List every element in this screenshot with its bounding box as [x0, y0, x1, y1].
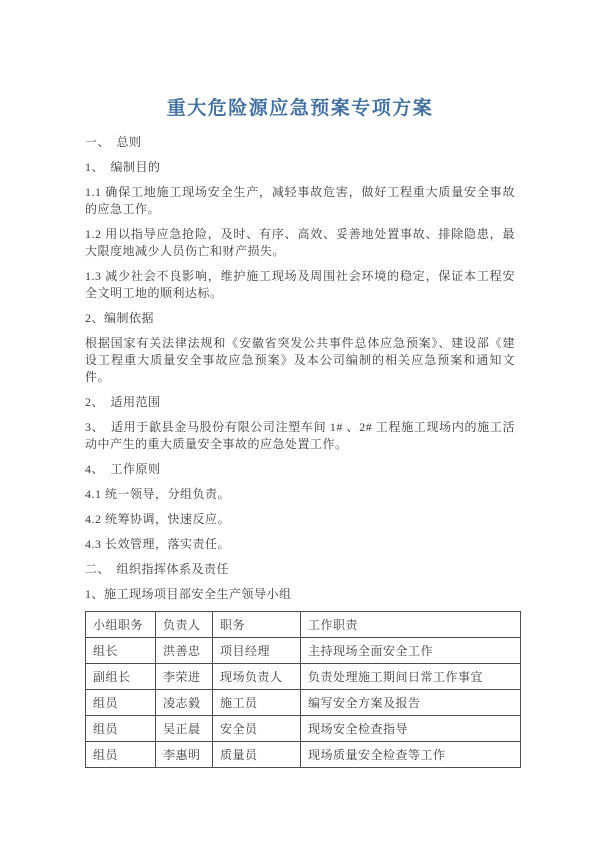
table-cell: 李惠明: [156, 742, 213, 768]
column-header: 小组职务: [86, 612, 156, 638]
table-cell: 项目经理: [213, 638, 301, 664]
table-cell: 质量员: [213, 742, 301, 768]
body-paragraph: 4.2 统筹协调，快速反应。: [85, 511, 515, 528]
page-title: 重大危险源应急预案专项方案: [85, 96, 515, 121]
body-paragraph: 1.2 用以指导应急抢险，及时、有序、高效、妥善地处置事故、排除隐患，最大限度地…: [85, 226, 515, 260]
column-header: 负责人: [156, 612, 213, 638]
table-row: 组员 李惠明 质量员 现场质量安全检查等工作: [86, 742, 521, 768]
table-row: 副组长 李荣进 现场负责人 负责处理施工期间日常工作事宜: [86, 664, 521, 690]
table-header-row: 小组职务 负责人 职务 工作职责: [86, 612, 521, 638]
table-row: 组员 凌志毅 施工员 编写安全方案及报告: [86, 690, 521, 716]
sub-heading: 4、 工作原则: [85, 461, 515, 478]
table-cell: 吴正晨: [156, 716, 213, 742]
table-cell: 组员: [86, 742, 156, 768]
table-cell: 组员: [86, 690, 156, 716]
sub-heading: 1、施工现场项目部安全生产领导小组: [85, 586, 515, 603]
table-cell: 安全员: [213, 716, 301, 742]
body-paragraph: 1.3 减少社会不良影响，维护施工现场及周围社会环境的稳定，保证本工程安全文明工…: [85, 268, 515, 302]
leadership-table: 小组职务 负责人 职务 工作职责 组长 洪善忠 项目经理 主持现场全面安全工作 …: [85, 611, 521, 768]
table-cell: 凌志毅: [156, 690, 213, 716]
table-cell: 李荣进: [156, 664, 213, 690]
sub-heading: 1、 编制目的: [85, 159, 515, 176]
body-paragraph: 根据国家有关法律法规和《安徽省突发公共事件总体应急预案》、建设部《建设工程重大质…: [85, 335, 515, 386]
table-cell: 施工员: [213, 690, 301, 716]
table-cell: 编写安全方案及报告: [301, 690, 521, 716]
table-cell: 现场质量安全检查等工作: [301, 742, 521, 768]
table-cell: 主持现场全面安全工作: [301, 638, 521, 664]
table-cell: 现场负责人: [213, 664, 301, 690]
table-cell: 组员: [86, 716, 156, 742]
table-row: 组长 洪善忠 项目经理 主持现场全面安全工作: [86, 638, 521, 664]
document-page: 重大危险源应急预案专项方案 一、 总则 1、 编制目的 1.1 确保工地施工现场…: [0, 0, 600, 849]
section-heading: 一、 总则: [85, 134, 515, 151]
table-cell: 组长: [86, 638, 156, 664]
table-cell: 负责处理施工期间日常工作事宜: [301, 664, 521, 690]
body-paragraph: 4.3 长效管理，落实责任。: [85, 536, 515, 553]
table-cell: 洪善忠: [156, 638, 213, 664]
column-header: 工作职责: [301, 612, 521, 638]
body-paragraph: 4.1 统一领导，分组负责。: [85, 486, 515, 503]
table-cell: 现场安全检查指导: [301, 716, 521, 742]
sub-heading: 2、 适用范围: [85, 394, 515, 411]
section-heading: 二、 组织指挥体系及责任: [85, 561, 515, 578]
table-cell: 副组长: [86, 664, 156, 690]
body-paragraph: 3、 适用于歙县金马股份有限公司注塑车间 1# 、2# 工程施工现场内的施工活动…: [85, 419, 515, 453]
sub-heading: 2、编制依据: [85, 310, 515, 327]
column-header: 职务: [213, 612, 301, 638]
table-row: 组员 吴正晨 安全员 现场安全检查指导: [86, 716, 521, 742]
body-paragraph: 1.1 确保工地施工现场安全生产，减轻事故危害，做好工程重大质量安全事故的应急工…: [85, 184, 515, 218]
